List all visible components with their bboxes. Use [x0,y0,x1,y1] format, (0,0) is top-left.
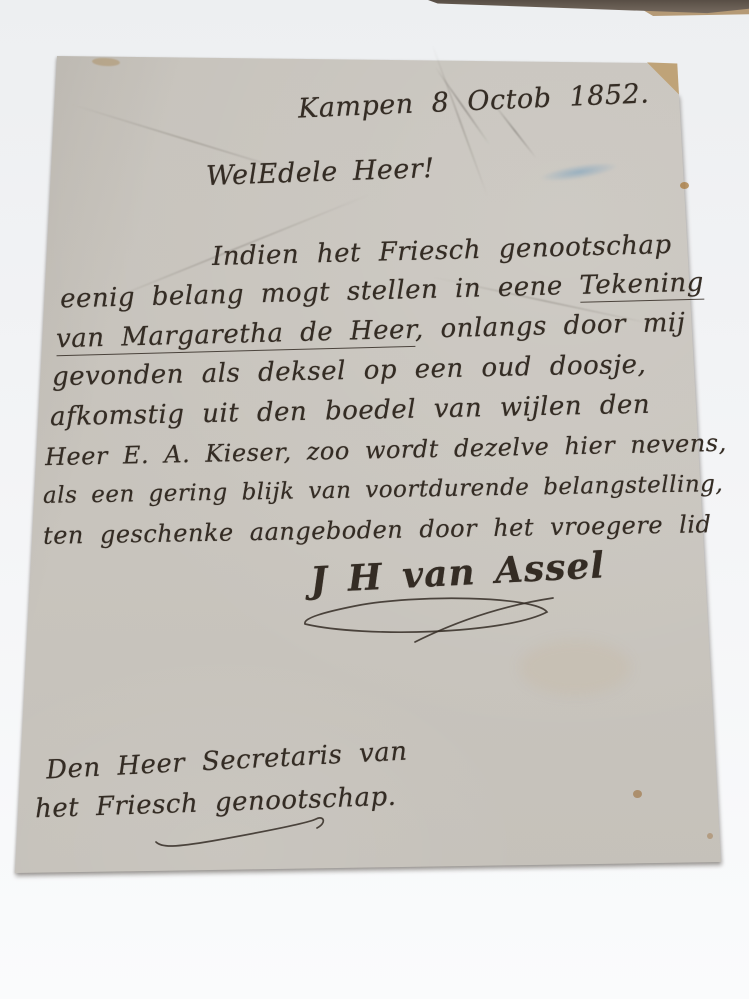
signature-paraph [295,592,565,647]
photo-of-letter: Kampen 8 Octob 1852. WelEdele Heer! Indi… [0,0,749,999]
stain-spot [680,182,689,189]
underlined-word-tekening: Tekening [579,268,704,303]
stain-patch [520,640,630,695]
stain-spot [633,790,642,798]
stain-spot [707,833,713,839]
address-underline-flourish [150,814,330,848]
